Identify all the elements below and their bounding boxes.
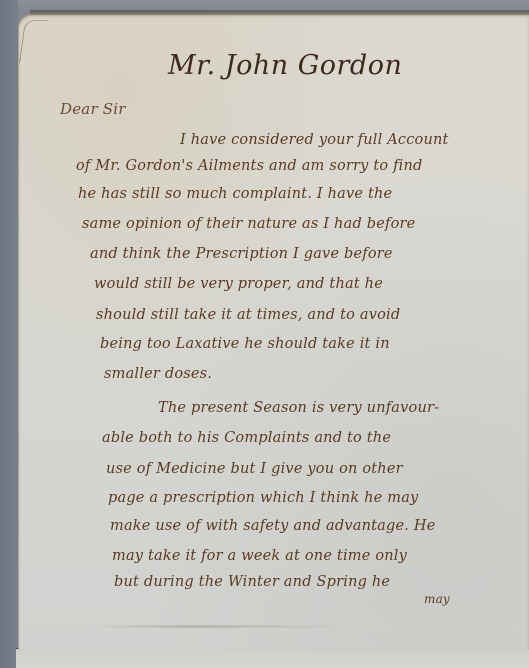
letter-line-3: he has still so much complaint. I have t… (78, 186, 392, 202)
manuscript-scan: Mr. John Gordon Dear Sir I have consider… (0, 0, 529, 668)
sheet-top-edge (30, 10, 529, 16)
binding-edge (0, 0, 18, 668)
fold-crease (90, 625, 350, 628)
letter-line-6: would still be very proper, and that he (94, 276, 383, 292)
letter-line-2: of Mr. Gordon's Ailments and am sorry to… (76, 158, 423, 174)
letter-line-4: same opinion of their nature as I had be… (82, 216, 415, 232)
underlying-page (16, 648, 529, 668)
letter-line-13: page a prescription which I think he may (108, 490, 418, 506)
letter-line-7: should still take it at times, and to av… (96, 307, 400, 323)
catchword: may (424, 592, 450, 606)
letter-line-9: smaller doses. (104, 366, 212, 382)
letter-line-16: but during the Winter and Spring he (114, 574, 390, 590)
letter-line-8: being too Laxative he should take it in (100, 336, 390, 352)
letter-line-12: use of Medicine but I give you on other (106, 461, 403, 477)
salutation: Dear Sir (60, 100, 126, 118)
letter-line-5: and think the Prescription I gave before (90, 246, 393, 262)
letter-line-11: able both to his Complaints and to the (102, 430, 391, 446)
letter-line-10: The present Season is very unfavour- (158, 400, 439, 416)
letter-line-14: make use of with safety and advantage. H… (110, 518, 436, 534)
letter-line-15: may take it for a week at one time only (112, 548, 407, 564)
letter-line-1: I have considered your full Account (180, 132, 449, 148)
addressee-heading: Mr. John Gordon (168, 50, 402, 81)
